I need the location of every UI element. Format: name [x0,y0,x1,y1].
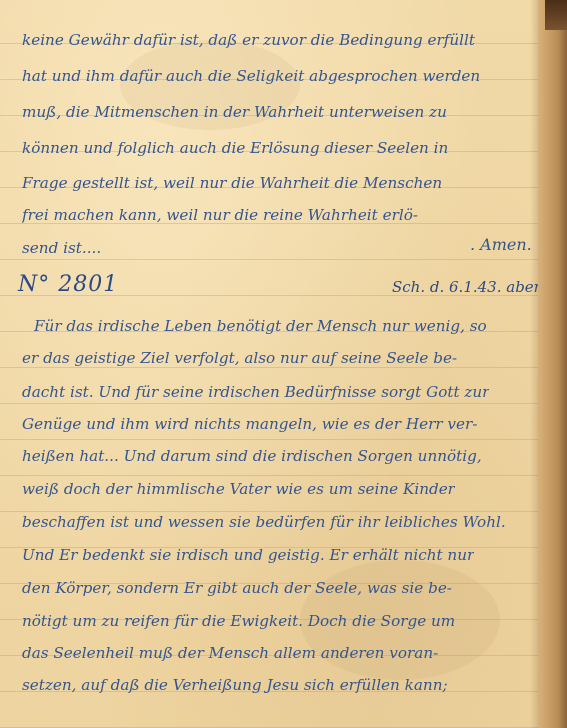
text-line: setzen, auf daß die Verheißung Jesu sich… [22,670,448,700]
text-line: Genüge und ihm wird nichts mangeln, wie … [22,409,477,439]
book-binding-edge [538,0,567,728]
entry-date: Sch. d. 6.1.43. abends [392,278,538,296]
text-line: können und folglich auch die Erlösung di… [22,133,448,163]
text-line: das Seelenheil muß der Mensch allem ande… [22,638,438,668]
text-line: er das geistige Ziel verfolgt, also nur … [22,343,457,373]
text-line: beschaffen ist und wessen sie bedürfen f… [22,507,506,537]
closing-amen: . Amen. [470,230,532,260]
text-line: den Körper, sondern Er gibt auch der See… [22,573,452,603]
text-line: weiß doch der himmlische Vater wie es um… [22,474,455,504]
text-line: heißen hat... Und darum sind die irdisch… [22,441,482,471]
page-curl-shadow [530,0,538,728]
text-line: muß, die Mitmenschen in der Wahrheit unt… [22,97,447,127]
text-line: Und Er bedenkt sie irdisch und geistig. … [22,540,474,570]
entry-number: N° 2801 [18,272,118,297]
text-line: nötigt um zu reifen für die Ewigkeit. Do… [22,606,455,636]
text-line: Frage gestellt ist, weil nur die Wahrhei… [22,168,442,198]
text-line: Für das irdische Leben benötigt der Mens… [34,311,487,341]
text-line: dacht ist. Und für seine irdischen Bedür… [22,377,489,407]
text-line: frei machen kann, weil nur die reine Wah… [22,200,418,230]
manuscript-page: keine Gewähr dafür ist, daß er zuvor die… [0,0,538,728]
text-line: keine Gewähr dafür ist, daß er zuvor die… [22,25,475,55]
book-cover-corner [545,0,567,30]
text-line: send ist.... [22,233,101,263]
text-line: hat und ihm dafür auch die Seligkeit abg… [22,61,480,91]
